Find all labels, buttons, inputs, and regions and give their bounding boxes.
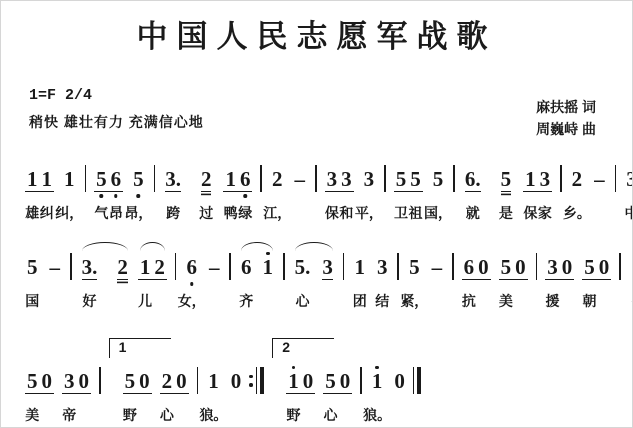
note-digit: – bbox=[209, 255, 220, 279]
note-group: 3平， bbox=[362, 161, 377, 191]
measure: 6齐1 bbox=[239, 249, 275, 279]
lyric-syllable: 儿 bbox=[138, 291, 152, 311]
repeat-dot bbox=[249, 375, 253, 379]
barline bbox=[397, 253, 399, 280]
dash-extension: – bbox=[430, 249, 445, 279]
measure: 5紧，– bbox=[407, 249, 444, 279]
note: 1狼。 bbox=[370, 363, 385, 393]
thin-bar bbox=[413, 367, 415, 394]
barline bbox=[536, 253, 538, 280]
slur-group: 1儿2 bbox=[138, 249, 167, 280]
note-group: 1狼。 bbox=[370, 363, 385, 393]
lyric-syllable: 好 bbox=[82, 291, 96, 311]
note-group: 0 bbox=[229, 363, 244, 393]
lyric-syllable: 国 bbox=[25, 291, 39, 311]
note-digit: 0 bbox=[340, 369, 351, 393]
lyric-syllable: 援 bbox=[546, 291, 560, 311]
note-group: – bbox=[592, 161, 607, 191]
volta-bracket-1: 1 bbox=[109, 338, 171, 358]
measure: 1团3结 bbox=[352, 249, 389, 279]
octave-dot-low bbox=[114, 194, 118, 198]
note: 3.好 bbox=[80, 249, 100, 280]
beam-group: 5气6昂 bbox=[94, 161, 123, 192]
lyric-syllable: 帝 bbox=[62, 405, 76, 425]
note: 3平， bbox=[362, 161, 377, 191]
lyric-syllable: 齐 bbox=[239, 291, 253, 311]
note-digit: 5 bbox=[27, 255, 38, 279]
note-group: 3.跨 bbox=[163, 161, 183, 192]
lyric-syllable: 狼。 bbox=[363, 405, 391, 425]
note-digit: 0 bbox=[394, 369, 405, 393]
note: 6齐 bbox=[239, 249, 254, 279]
rest-note: 0 bbox=[174, 363, 189, 393]
note-digit: 5 bbox=[584, 255, 595, 279]
note: 1 bbox=[261, 249, 276, 279]
slur-group: 3.好2 bbox=[80, 249, 130, 280]
note-digit: 0 bbox=[303, 369, 314, 393]
note: 3家 bbox=[538, 161, 553, 191]
dash-extension: – bbox=[592, 161, 607, 191]
lyric-syllable: 中 bbox=[625, 203, 633, 223]
note-digit: 1 bbox=[525, 167, 536, 191]
note-digit: – bbox=[50, 255, 61, 279]
note: 1保 bbox=[523, 161, 538, 191]
rest-note: 0 bbox=[476, 249, 491, 279]
note-digit: 1 bbox=[263, 255, 274, 279]
note-digit: 5 bbox=[325, 369, 336, 393]
beam-group: 5野0 bbox=[123, 363, 152, 394]
dash-extension: – bbox=[207, 249, 222, 279]
note-group: 2江， bbox=[270, 161, 285, 191]
measure: 5美03帝0 bbox=[25, 363, 91, 394]
note-group: 0 bbox=[392, 363, 407, 393]
note-digit: 5 bbox=[409, 255, 420, 279]
measure: 3保3和3平， bbox=[325, 161, 377, 192]
note-group: 1.打 bbox=[629, 249, 633, 279]
barline bbox=[197, 367, 199, 394]
note-digit: 5. bbox=[295, 255, 311, 279]
lyric-syllable: 昂， bbox=[124, 203, 152, 223]
note-digit: 5 bbox=[133, 167, 144, 191]
barline bbox=[619, 253, 621, 280]
note: 1纠 bbox=[40, 161, 55, 191]
note-group: – bbox=[207, 249, 222, 279]
note: 1团 bbox=[352, 249, 367, 279]
note-digit: 1 bbox=[225, 167, 236, 191]
note-group: 5是 bbox=[499, 161, 514, 192]
rest-note: 0 bbox=[229, 363, 244, 393]
measure: 1.打6败 bbox=[629, 249, 633, 280]
lyric-syllable: 心 bbox=[324, 405, 338, 425]
note-digit: 6 bbox=[464, 255, 475, 279]
note-digit: 3 bbox=[547, 255, 558, 279]
note-digit: 5 bbox=[501, 167, 512, 192]
note: 2江， bbox=[270, 161, 285, 191]
rest-note: 0 bbox=[560, 249, 575, 279]
note-digit: 1 bbox=[140, 255, 151, 279]
note-digit: 5 bbox=[27, 369, 38, 393]
rest-note: 0 bbox=[392, 363, 407, 393]
note-digit: 0 bbox=[42, 369, 53, 393]
beam-group: 5美0 bbox=[499, 249, 528, 280]
barline bbox=[560, 165, 562, 192]
lyric-syllable: 野 bbox=[123, 405, 137, 425]
note: 5国， bbox=[431, 161, 446, 191]
lyric-syllable: 保 bbox=[523, 203, 537, 223]
barline bbox=[360, 367, 362, 394]
note-group: 5国 bbox=[25, 249, 40, 279]
barline bbox=[229, 253, 231, 280]
score-line: 5美03帝015野02心01狼。021野05心01狼。0 bbox=[25, 363, 624, 394]
measure: 1雄1纠1纠， bbox=[25, 161, 77, 192]
thick-bar bbox=[260, 367, 265, 394]
note: 5祖 bbox=[408, 161, 423, 191]
rest-note: 0 bbox=[77, 363, 92, 393]
measure: 2江，– bbox=[270, 161, 307, 191]
octave-dot-low bbox=[243, 194, 247, 198]
note-group: 3结 bbox=[375, 249, 390, 279]
beam-group: 1鸭6绿 bbox=[223, 161, 252, 192]
lyric-syllable: 朝 bbox=[583, 291, 597, 311]
lyric-syllable: 美 bbox=[25, 405, 39, 425]
note: 5野 bbox=[123, 363, 138, 393]
dash-extension: – bbox=[293, 161, 308, 191]
measure: 1狼。0 bbox=[370, 363, 407, 393]
note-digit: 2 bbox=[201, 167, 212, 192]
note-digit: 5 bbox=[396, 167, 407, 191]
note-digit: 6. bbox=[465, 167, 481, 192]
note-group: 2过 bbox=[199, 161, 214, 192]
sheet-music-page: 中国人民志愿军战歌 1=F 2/4 稍快 雄壮有力 充满信心地 麻扶摇 词 周巍… bbox=[0, 0, 633, 428]
credits: 麻扶摇 词 周巍峙 曲 bbox=[536, 96, 596, 140]
note: 2 bbox=[152, 249, 167, 279]
note-digit: 0 bbox=[231, 369, 242, 393]
note: 5美 bbox=[25, 363, 40, 393]
beam-group: 3保3和 bbox=[325, 161, 354, 192]
note: 3中 bbox=[624, 161, 633, 191]
note-digit: 1 bbox=[64, 167, 75, 191]
barline bbox=[315, 165, 317, 192]
note: 6抗 bbox=[462, 249, 477, 279]
barline bbox=[154, 165, 156, 192]
lyric-syllable: 平， bbox=[355, 203, 383, 223]
note-digit: 2 bbox=[272, 167, 283, 191]
measure: 3.好21儿2 bbox=[80, 249, 167, 280]
note-digit: 1 bbox=[42, 167, 53, 191]
dash-extension: – bbox=[48, 249, 63, 279]
slur-group: 5.心3 bbox=[293, 249, 335, 280]
thin-bar bbox=[256, 367, 258, 394]
measure: 15野02心0 bbox=[109, 363, 189, 394]
note-digit: 3 bbox=[322, 255, 333, 280]
rest-note: 0 bbox=[338, 363, 353, 393]
lyric-syllable: 雄 bbox=[25, 203, 39, 223]
note-digit: 1 bbox=[288, 369, 299, 393]
note-digit: – bbox=[295, 167, 306, 191]
note-digit: 0 bbox=[562, 255, 573, 279]
lyric-syllable: 狼。 bbox=[199, 405, 227, 425]
lyric-syllable: 江， bbox=[263, 203, 291, 223]
lyric-syllable: 卫 bbox=[394, 203, 408, 223]
note: 1鸭 bbox=[223, 161, 238, 191]
note-group: – bbox=[430, 249, 445, 279]
note: 2 bbox=[115, 249, 130, 280]
note: 5国 bbox=[25, 249, 40, 279]
measure: 21野05心0 bbox=[272, 363, 352, 394]
note: 6.就 bbox=[463, 161, 483, 192]
note: 6女， bbox=[184, 249, 199, 279]
lyric-syllable: 女， bbox=[178, 291, 206, 311]
note-digit: 1 bbox=[372, 369, 383, 393]
score-line: 5国–3.好21儿26女，–6齐15.心31团3结5紧，–6抗05美03援05朝… bbox=[25, 249, 624, 280]
note-digit: 2 bbox=[162, 369, 173, 393]
lyric-syllable: 昂 bbox=[109, 203, 123, 223]
lyric-syllable: 就 bbox=[466, 203, 480, 223]
rest-note: 0 bbox=[137, 363, 152, 393]
measure: 3.跨2过1鸭6绿 bbox=[163, 161, 252, 192]
note: 1野 bbox=[286, 363, 301, 393]
note: 3帝 bbox=[62, 363, 77, 393]
note-group: 5紧， bbox=[407, 249, 422, 279]
note-group: 5昂， bbox=[131, 161, 146, 191]
note: 5紧， bbox=[407, 249, 422, 279]
barline bbox=[175, 253, 177, 280]
lyric-syllable: 心 bbox=[296, 291, 310, 311]
note: 1纠， bbox=[62, 161, 77, 191]
measure: 1狼。0 bbox=[206, 363, 243, 393]
note-digit: 2 bbox=[154, 255, 165, 279]
lyric-syllable: 家 bbox=[538, 203, 552, 223]
barline bbox=[615, 165, 617, 192]
beam-group: 6抗0 bbox=[462, 249, 491, 280]
key-and-time-signature: 1=F 2/4 bbox=[29, 87, 92, 104]
note-digit: 0 bbox=[515, 255, 526, 279]
note-digit: 2 bbox=[117, 255, 128, 280]
beam-group: 1野0 bbox=[286, 363, 315, 394]
lyric-syllable: 美 bbox=[499, 291, 513, 311]
note: 1雄 bbox=[25, 161, 40, 191]
note: 5朝 bbox=[582, 249, 597, 279]
note-digit: 5 bbox=[501, 255, 512, 279]
measure: 5卫5祖5国， bbox=[394, 161, 446, 192]
note: 3 bbox=[320, 249, 335, 280]
lyric-syllable: 绿 bbox=[238, 203, 252, 223]
final-barline bbox=[413, 367, 422, 394]
note-group: – bbox=[48, 249, 63, 279]
lyric-syllable: 是 bbox=[499, 203, 513, 223]
note-digit: 3. bbox=[82, 255, 98, 280]
slur-group: 6齐1 bbox=[239, 249, 275, 279]
note-digit: 0 bbox=[176, 369, 187, 393]
beam-group: 3帝0 bbox=[62, 363, 91, 394]
note-digit: 3 bbox=[377, 255, 388, 279]
lyric-syllable: 野 bbox=[287, 405, 301, 425]
octave-dot-low bbox=[100, 194, 104, 198]
lyric-syllable: 心 bbox=[160, 405, 174, 425]
lyric-syllable: 乡。 bbox=[563, 203, 591, 223]
note: 2过 bbox=[199, 161, 214, 192]
notation-area: 1雄1纠1纠，5气6昂5昂，3.跨2过1鸭6绿2江，–3保3和3平，5卫5祖5国… bbox=[25, 149, 624, 421]
lyric-syllable: 结 bbox=[375, 291, 389, 311]
song-title: 中国人民志愿军战歌 bbox=[1, 11, 632, 56]
note-digit: 0 bbox=[139, 369, 150, 393]
barline bbox=[453, 165, 455, 192]
rest-note: 0 bbox=[513, 249, 528, 279]
lyric-syllable: 纠， bbox=[55, 203, 83, 223]
note-digit: 0 bbox=[79, 369, 90, 393]
beam-group: 3援0 bbox=[545, 249, 574, 280]
note-digit: – bbox=[432, 255, 443, 279]
note-group: 6女， bbox=[184, 249, 199, 279]
note-group: 1团 bbox=[352, 249, 367, 279]
note-digit: 3. bbox=[165, 167, 181, 192]
score-line: 1雄1纠1纠，5气6昂5昂，3.跨2过1鸭6绿2江，–3保3和3平，5卫5祖5国… bbox=[25, 161, 624, 192]
note: 3.跨 bbox=[163, 161, 183, 192]
rest-note: 0 bbox=[40, 363, 55, 393]
note-digit: 1 bbox=[27, 167, 38, 191]
lyric-syllable: 纠 bbox=[40, 203, 54, 223]
barline bbox=[260, 165, 262, 192]
measure: 6女，– bbox=[184, 249, 221, 279]
lyric-syllable: 祖 bbox=[408, 203, 422, 223]
barline bbox=[283, 253, 285, 280]
lyric-syllable: 气 bbox=[94, 203, 108, 223]
note: 1狼。 bbox=[206, 363, 221, 393]
note-digit: 1 bbox=[208, 369, 219, 393]
lyric-syllable: 跨 bbox=[166, 203, 180, 223]
beam-group: 5美0 bbox=[25, 363, 54, 394]
lyric-syllable: 和 bbox=[339, 203, 353, 223]
note: 5美 bbox=[499, 249, 514, 279]
note: 6昂 bbox=[109, 161, 124, 191]
note-digit: – bbox=[594, 167, 605, 191]
measure: 5气6昂5昂， bbox=[94, 161, 146, 192]
beam-group: 2心0 bbox=[160, 363, 189, 394]
lyric-syllable: 过 bbox=[199, 203, 213, 223]
note: 5卫 bbox=[394, 161, 409, 191]
rest-note: 0 bbox=[597, 249, 612, 279]
measure: 6抗05美0 bbox=[462, 249, 528, 280]
note: 2心 bbox=[160, 363, 175, 393]
note-digit: 6 bbox=[240, 167, 251, 191]
note: 3援 bbox=[545, 249, 560, 279]
note: 5.心 bbox=[293, 249, 313, 279]
note: 1.打 bbox=[629, 249, 633, 279]
tempo-expression-text: 稍快 雄壮有力 充满信心地 bbox=[29, 112, 204, 132]
note-digit: 0 bbox=[599, 255, 610, 279]
beam-group: 5心0 bbox=[323, 363, 352, 394]
note-group: 3中 bbox=[624, 161, 633, 191]
lyric-syllable: 团 bbox=[353, 291, 367, 311]
note: 5昂， bbox=[131, 161, 146, 191]
note-digit: 3 bbox=[364, 167, 375, 191]
lyric-syllable: 抗 bbox=[462, 291, 476, 311]
measure: 5国– bbox=[25, 249, 62, 279]
lyric-syllable: 保 bbox=[325, 203, 339, 223]
lyric-syllable: 国， bbox=[424, 203, 452, 223]
note: 6绿 bbox=[238, 161, 253, 191]
barline bbox=[452, 253, 454, 280]
rest-note: 0 bbox=[301, 363, 316, 393]
note-digit: 6 bbox=[186, 255, 197, 279]
note: 5是 bbox=[499, 161, 514, 192]
note-digit: 3 bbox=[626, 167, 633, 191]
note-group: – bbox=[293, 161, 308, 191]
thick-bar bbox=[417, 367, 422, 394]
lyric-syllable: 紧， bbox=[400, 291, 428, 311]
note: 5气 bbox=[94, 161, 109, 191]
note-group: 6.就 bbox=[463, 161, 483, 192]
note: 2乡。 bbox=[570, 161, 585, 191]
barline bbox=[85, 165, 87, 192]
octave-dot-low bbox=[190, 282, 194, 286]
repeat-dot bbox=[249, 383, 253, 387]
octave-dot-low bbox=[137, 194, 141, 198]
composer-credit: 周巍峙 曲 bbox=[536, 118, 596, 140]
repeat-end-barline bbox=[249, 367, 264, 394]
note-digit: 3 bbox=[64, 369, 75, 393]
note: 1儿 bbox=[138, 249, 153, 279]
note-digit: 3 bbox=[327, 167, 338, 191]
barline bbox=[384, 165, 386, 192]
measure: 2乡。– bbox=[570, 161, 607, 191]
barline bbox=[99, 367, 101, 394]
lyricist-credit: 麻扶摇 词 bbox=[536, 96, 596, 118]
note-digit: 5 bbox=[410, 167, 421, 191]
note-digit: 1 bbox=[354, 255, 365, 279]
beam-group: 1雄1纠 bbox=[25, 161, 54, 192]
note-digit: 2 bbox=[572, 167, 583, 191]
lyric-syllable: 鸭 bbox=[224, 203, 238, 223]
beam-group: 1保3家 bbox=[523, 161, 552, 192]
measure: 3援05朝0 bbox=[545, 249, 611, 280]
measure: 3中– bbox=[624, 161, 633, 191]
measure: 5.心3 bbox=[293, 249, 335, 280]
beam-group: 5卫5祖 bbox=[394, 161, 423, 192]
note-digit: 5 bbox=[433, 167, 444, 191]
note: 3保 bbox=[325, 161, 340, 191]
note-digit: 5 bbox=[125, 369, 136, 393]
note: 3和 bbox=[339, 161, 354, 191]
note: 3结 bbox=[375, 249, 390, 279]
beam-group: 5朝0 bbox=[582, 249, 611, 280]
note-group: 5国， bbox=[431, 161, 446, 191]
note-digit: 3 bbox=[540, 167, 551, 191]
note-digit: 5 bbox=[96, 167, 107, 191]
note-digit: 6 bbox=[241, 255, 252, 279]
note-digit: 0 bbox=[478, 255, 489, 279]
note-group: 2乡。 bbox=[570, 161, 585, 191]
measure: 6.就5是1保3家 bbox=[463, 161, 552, 192]
note-digit: 3 bbox=[341, 167, 352, 191]
note-group: 1纠， bbox=[62, 161, 77, 191]
note: 5心 bbox=[323, 363, 338, 393]
note-group: 1狼。 bbox=[206, 363, 221, 393]
volta-bracket-2: 2 bbox=[272, 338, 334, 358]
repeat-dots bbox=[249, 367, 253, 394]
barline bbox=[343, 253, 345, 280]
note-digit: 6 bbox=[111, 167, 122, 191]
barline bbox=[70, 253, 72, 280]
